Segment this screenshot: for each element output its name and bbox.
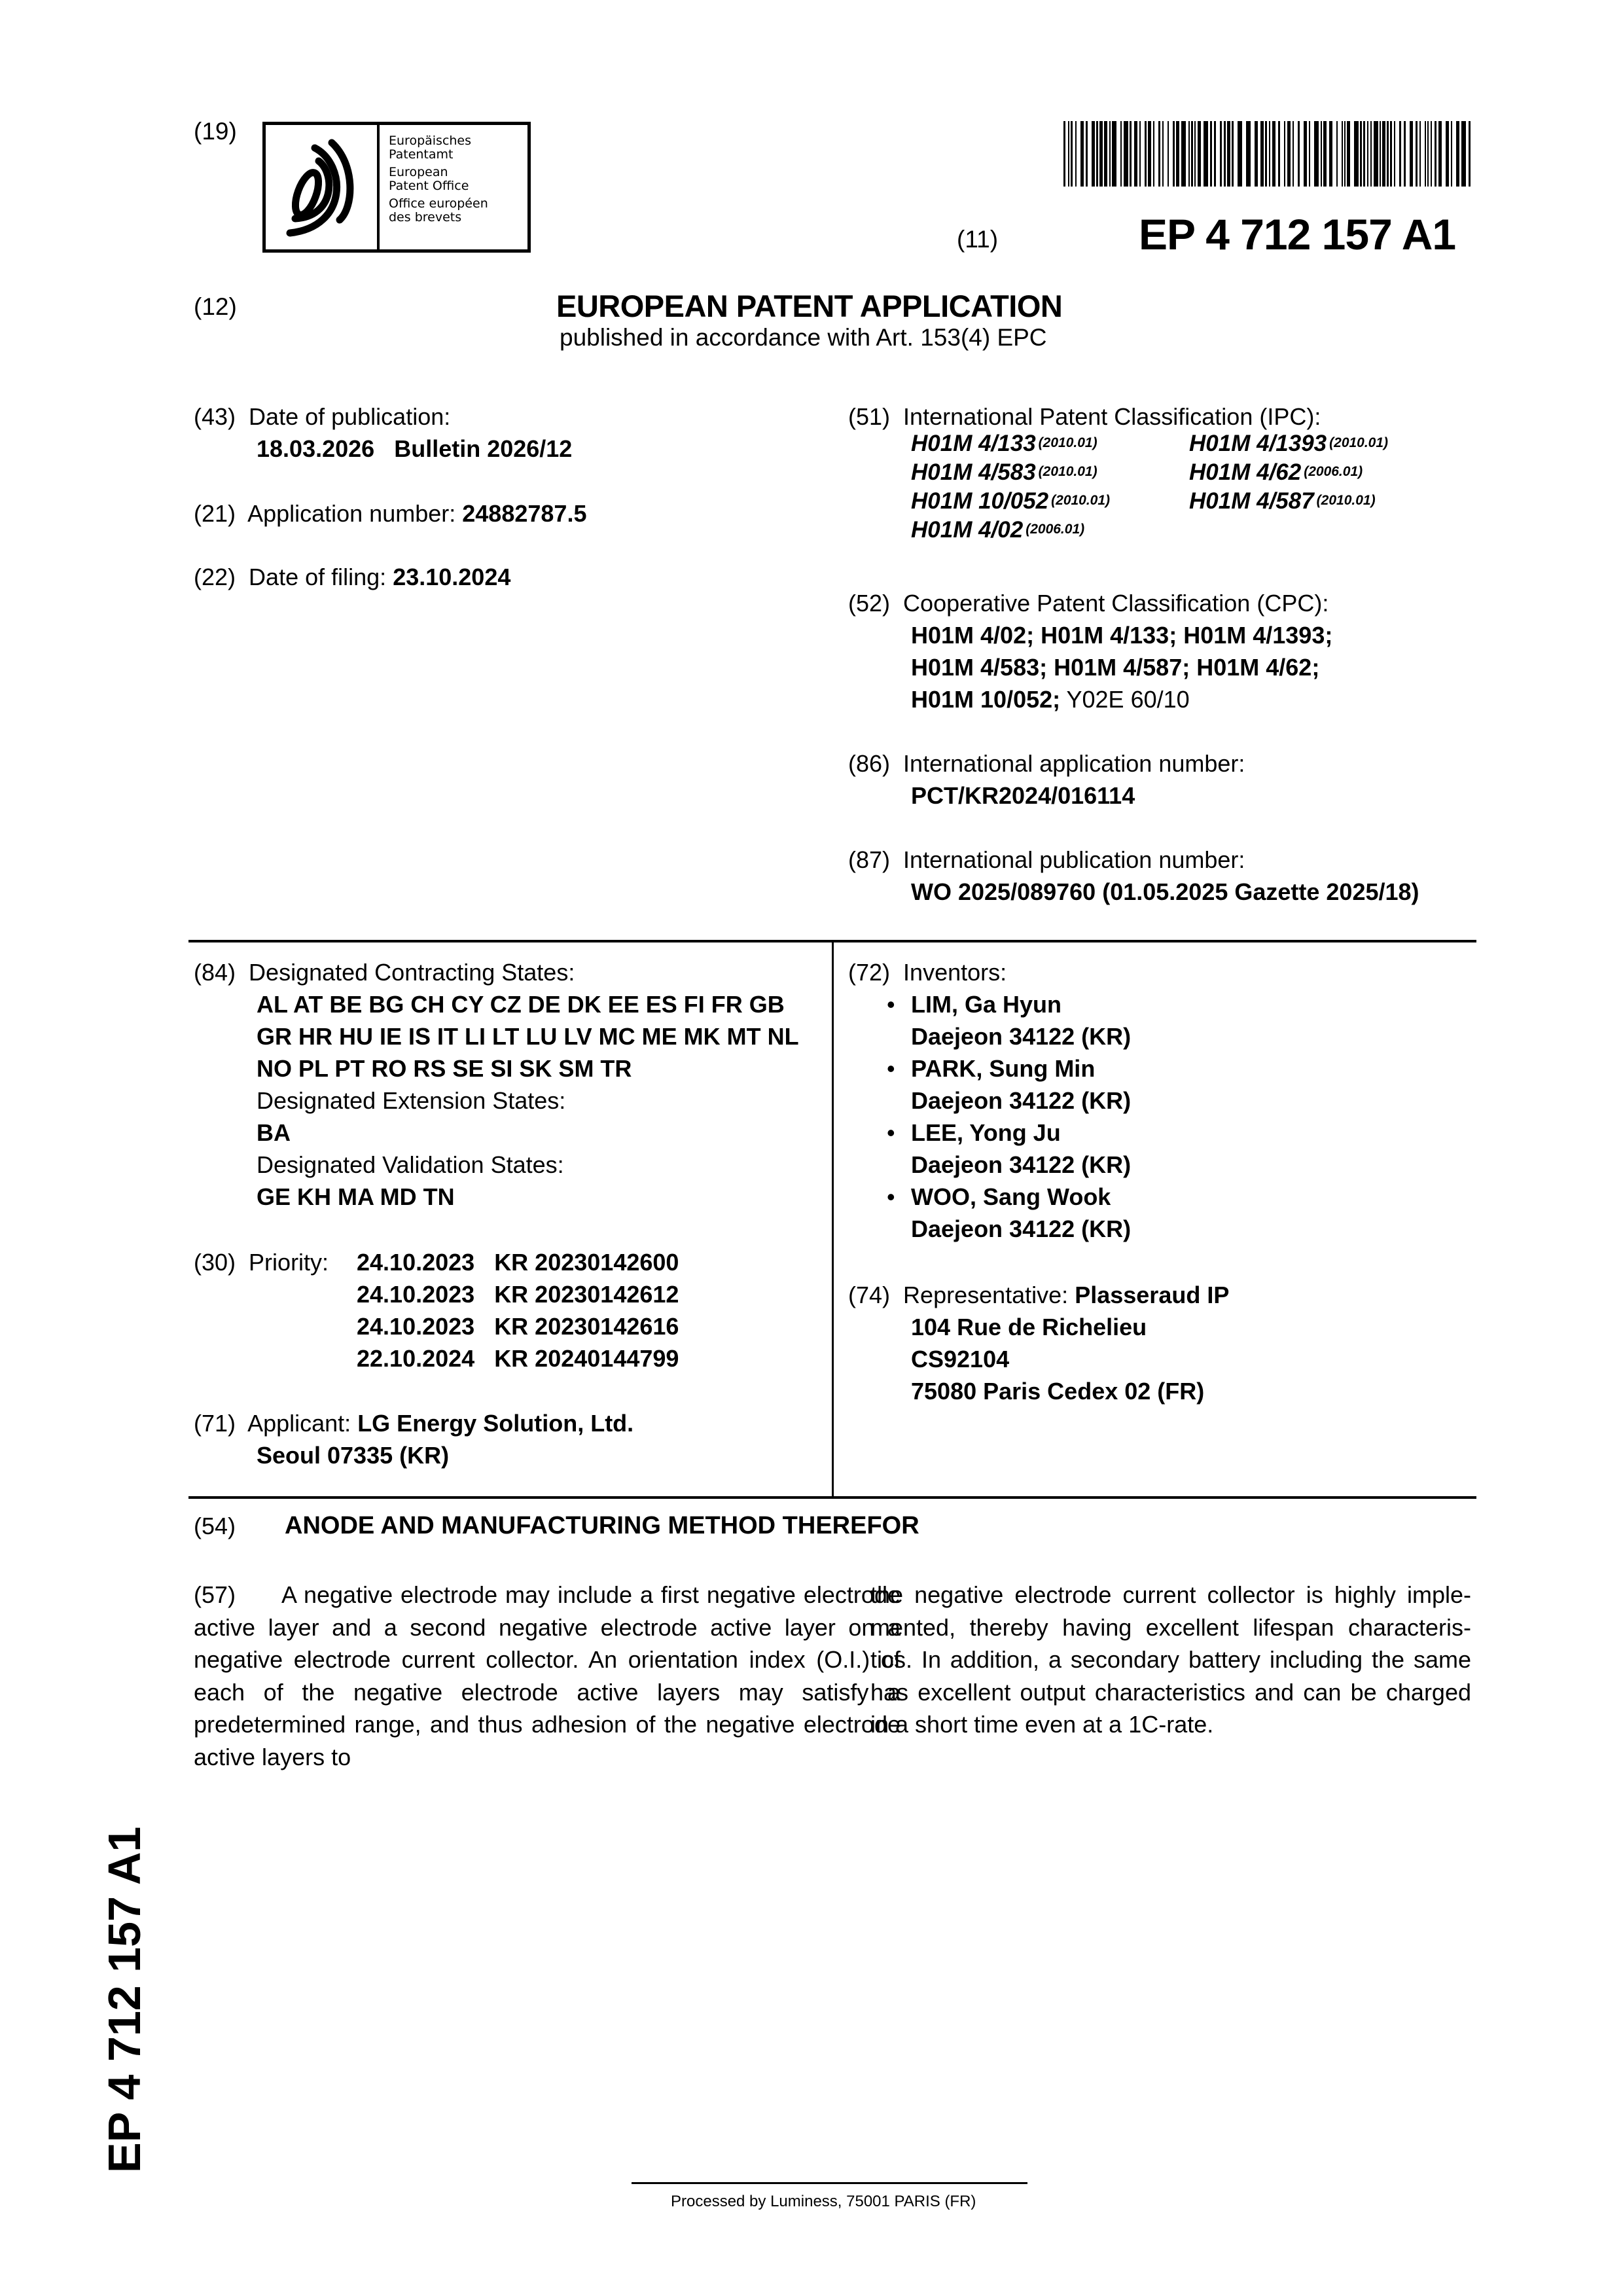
representative-address: 104 Rue de Richelieu CS92104 75080 Paris…: [911, 1311, 1204, 1407]
cpc-line: H01M 4/583; H01M 4/587; H01M 4/62;: [911, 651, 1332, 683]
field-52: (52) Cooperative Patent Classification (…: [848, 587, 1329, 619]
filing-date: 23.10.2024: [393, 564, 510, 590]
inventor-item: •PARK, Sung MinDaejeon 34122 (KR): [911, 1052, 1131, 1117]
inventor-name: LIM, Ga Hyun: [911, 988, 1131, 1020]
side-publication-number: EP 4 712 157 A1: [98, 1846, 151, 2173]
validation-states: GE KH MA MD TN: [257, 1181, 799, 1213]
priority-entry: 24.10.2023KR 20230142612: [357, 1278, 679, 1310]
field-43: (43) Date of publication:: [194, 401, 450, 433]
office-name-en: EuropeanPatent Office: [389, 166, 527, 193]
inventor-item: •LEE, Yong JuDaejeon 34122 (KR): [911, 1117, 1131, 1181]
field-57: (57): [194, 1581, 236, 1608]
inventor-item: •LIM, Ga HyunDaejeon 34122 (KR): [911, 988, 1131, 1052]
cpc-line: H01M 10/052;: [911, 686, 1060, 713]
office-name-de: EuropäischesPatentamt: [389, 134, 527, 162]
office-name-fr: Office européendes brevets: [389, 197, 527, 224]
extension-label: Designated Extension States:: [257, 1085, 799, 1117]
application-number: 24882787.5: [462, 500, 586, 527]
document-subtitle: published in accordance with Art. 153(4)…: [560, 324, 1047, 351]
contracting-states-line: GR HR HU IE IS IT LI LT LU LV MC ME MK M…: [257, 1020, 799, 1052]
inventor-address: Daejeon 34122 (KR): [911, 1149, 1131, 1181]
contracting-states-line: NO PL PT RO RS SE SI SK SM TR: [257, 1052, 799, 1085]
epo-logo: EuropäischesPatentamt EuropeanPatent Off…: [262, 122, 531, 253]
ipc-code: H01M 4/1393(2010.01): [1189, 431, 1451, 457]
ipc-code: H01M 4/587(2010.01): [1189, 488, 1451, 514]
invention-title: ANODE AND MANUFACTURING METHOD THEREFOR: [285, 1510, 919, 1542]
inid-12: (12): [194, 293, 237, 321]
ipc-code: H01M 4/62(2006.01): [1189, 459, 1451, 486]
cpc-line: H01M 4/02; H01M 4/133; H01M 4/1393;: [911, 619, 1332, 651]
abstract-column-1: (57)A negative electrode may include a f…: [194, 1579, 901, 1773]
inventor-name: WOO, Sang Wook: [911, 1181, 1131, 1213]
inventor-list: •LIM, Ga HyunDaejeon 34122 (KR)•PARK, Su…: [911, 988, 1131, 1245]
ipc-code: H01M 4/133(2010.01): [911, 431, 1189, 457]
priority-entry: 24.10.2023KR 20230142616: [357, 1310, 679, 1342]
applicant-name: LG Energy Solution, Ltd.: [357, 1410, 633, 1437]
ipc-code: H01M 10/052(2010.01): [911, 488, 1189, 514]
divider: [188, 1496, 1476, 1499]
inid-19: (19): [194, 118, 237, 145]
footer-divider: [632, 2182, 1027, 2184]
publication-number: EP 4 712 157 A1: [1139, 209, 1455, 259]
ipc-code: H01M 4/583(2010.01): [911, 459, 1189, 486]
applicant-address: Seoul 07335 (KR): [257, 1439, 449, 1471]
cpc-plain: Y02E 60/10: [1067, 686, 1190, 713]
inventor-item: •WOO, Sang WookDaejeon 34122 (KR): [911, 1181, 1131, 1245]
divider-vertical: [832, 940, 834, 1498]
ipc-code: H01M 4/02(2006.01): [911, 517, 1189, 543]
inventor-name: PARK, Sung Min: [911, 1052, 1131, 1085]
field-54: (54): [194, 1510, 236, 1542]
intl-publication-number: WO 2025/089760 (01.05.2025 Gazette 2025/…: [911, 876, 1419, 908]
representative-name: Plasseraud IP: [1075, 1282, 1229, 1308]
field-74: (74) Representative: Plasseraud IP: [848, 1279, 1229, 1311]
inventor-address: Daejeon 34122 (KR): [911, 1085, 1131, 1117]
inventor-name: LEE, Yong Ju: [911, 1117, 1131, 1149]
barcode-icon: [1063, 121, 1472, 187]
field-84: (84) Designated Contracting States:: [194, 956, 575, 988]
field-51: (51) International Patent Classification…: [848, 401, 1321, 433]
extension-states: BA: [257, 1117, 799, 1149]
field-30: (30) Priority:: [194, 1246, 329, 1278]
bullet-icon: •: [887, 988, 895, 1020]
field-86: (86) International application number:: [848, 747, 1245, 780]
inid-11: (11): [957, 226, 998, 253]
bullet-icon: •: [887, 1117, 895, 1149]
footer-processed-by: Processed by Luminess, 75001 PARIS (FR): [671, 2193, 976, 2211]
priority-list: 24.10.2023KR 2023014260024.10.2023KR 202…: [357, 1246, 679, 1374]
bullet-icon: •: [887, 1181, 895, 1213]
field-72: (72) Inventors:: [848, 956, 1007, 988]
intl-application-number: PCT/KR2024/016114: [911, 780, 1135, 812]
bullet-icon: •: [887, 1052, 895, 1085]
inventor-address: Daejeon 34122 (KR): [911, 1213, 1131, 1245]
document-kind: EUROPEAN PATENT APPLICATION: [556, 288, 1062, 324]
field-21: (21) Application number: 24882787.5: [194, 497, 586, 529]
epo-logo-icon: [266, 125, 380, 249]
designated-states: AL AT BE BG CH CY CZ DE DK EE ES FI FR G…: [257, 988, 799, 1213]
publication-date: 18.03.2026 Bulletin 2026/12: [257, 433, 572, 465]
contracting-states-line: AL AT BE BG CH CY CZ DE DK EE ES FI FR G…: [257, 988, 799, 1020]
abstract-column-2: the negative electrode current collector…: [870, 1579, 1471, 1741]
priority-entry: 22.10.2024KR 20240144799: [357, 1342, 679, 1374]
field-22: (22) Date of filing: 23.10.2024: [194, 561, 510, 593]
priority-entry: 24.10.2023KR 20230142600: [357, 1246, 679, 1278]
cpc-code-list: H01M 4/02; H01M 4/133; H01M 4/1393; H01M…: [911, 619, 1332, 715]
validation-label: Designated Validation States:: [257, 1149, 799, 1181]
ipc-code-list: H01M 4/133(2010.01)H01M 4/1393(2010.01)H…: [911, 431, 1451, 543]
field-87: (87) International publication number:: [848, 844, 1245, 876]
field-71: (71) Applicant: LG Energy Solution, Ltd.: [194, 1407, 633, 1439]
inventor-address: Daejeon 34122 (KR): [911, 1020, 1131, 1052]
